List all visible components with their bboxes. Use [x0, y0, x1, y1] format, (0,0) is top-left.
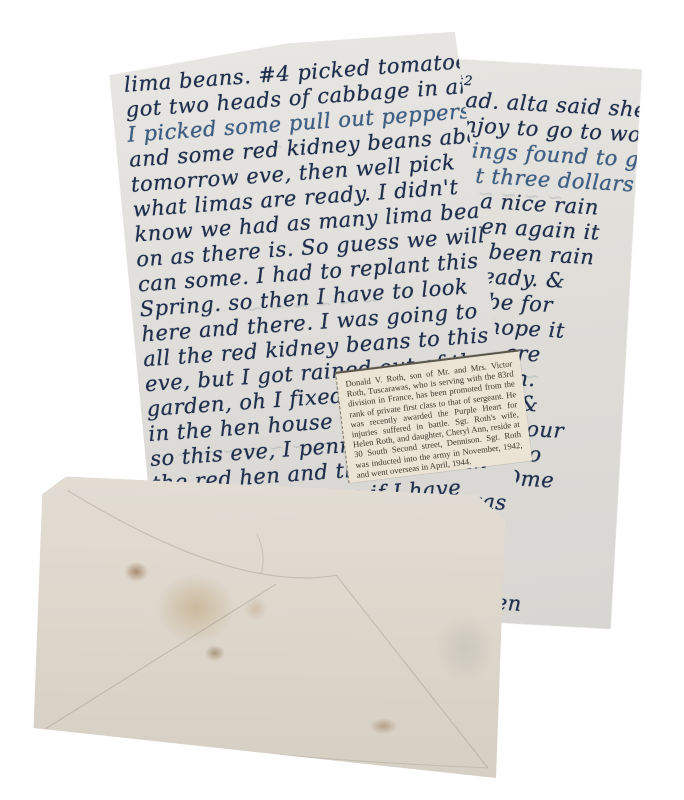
envelope: [33, 470, 506, 778]
envelope-flap-lines: [33, 470, 506, 778]
photo-scene: ~ ~ ~ ~ ~ ~ ~ ~ ~ #2 bad. alta said she …: [0, 0, 684, 800]
clipping-text: Donald V. Roth, son of Mr. and Mrs. Vict…: [345, 358, 524, 480]
newspaper-clipping: Donald V. Roth, son of Mr. and Mrs. Vict…: [335, 349, 532, 483]
